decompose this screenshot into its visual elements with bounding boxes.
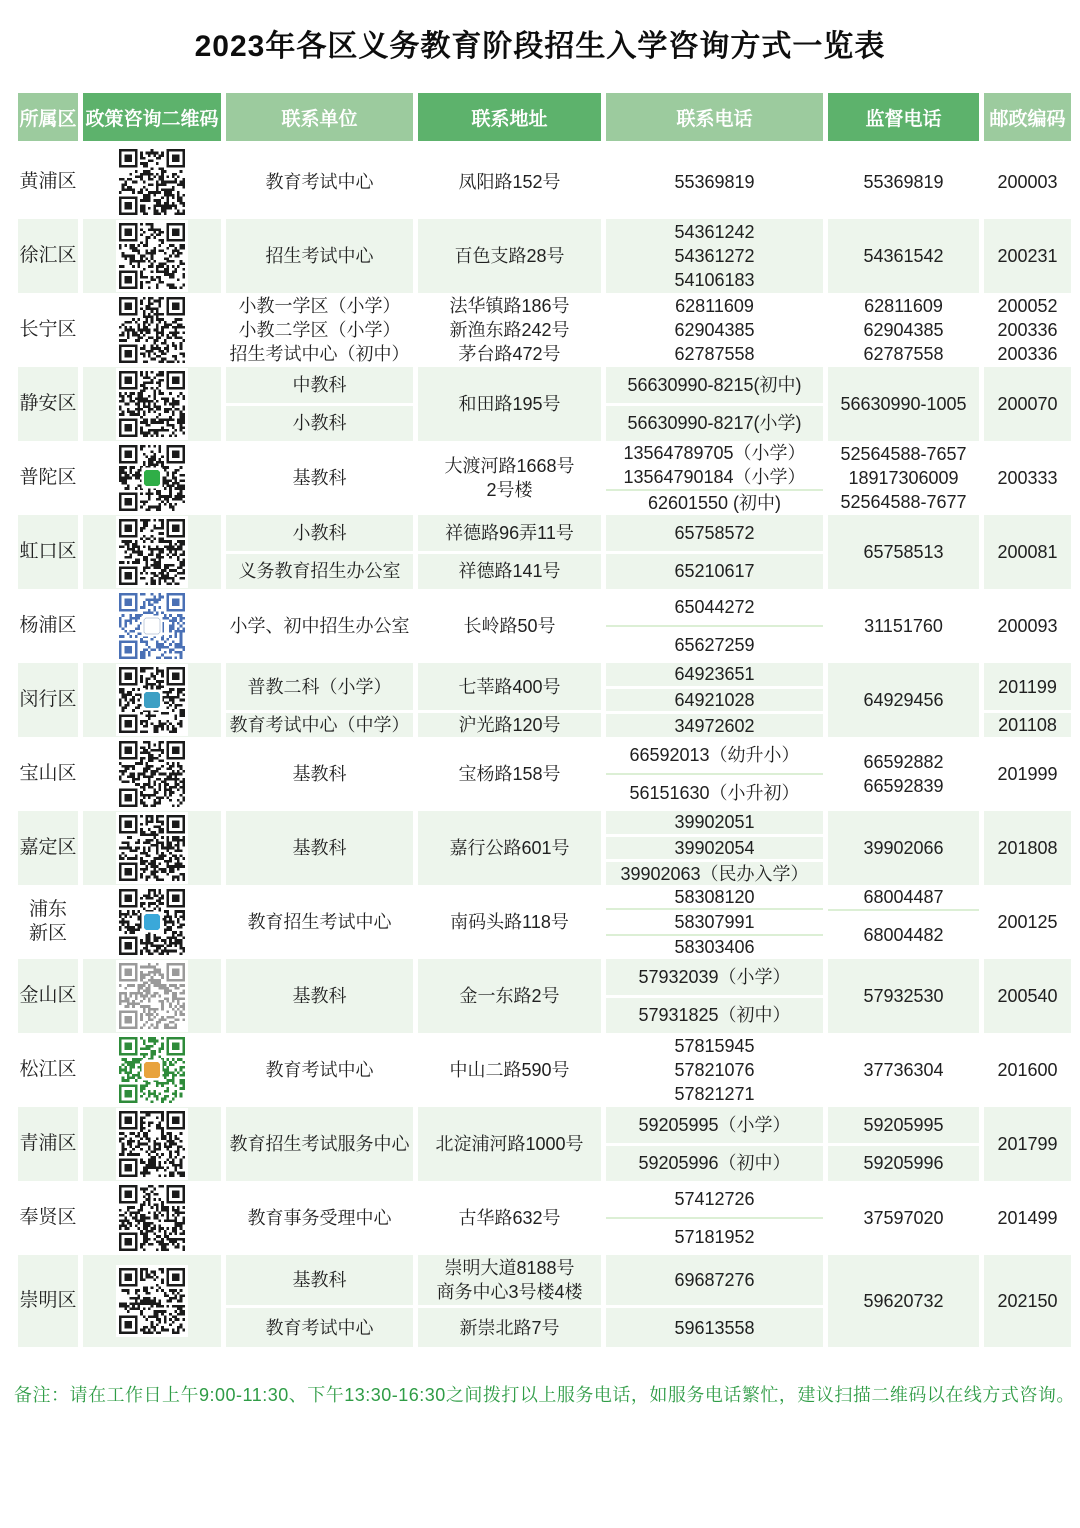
qr-code [116, 146, 188, 218]
cell-phone: 66592013（幼升小）56151630（小升初） [606, 737, 823, 811]
cell-postal: 201799 [984, 1107, 1071, 1181]
column-header-supervision: 监督电话 [828, 93, 979, 141]
qr-cell [83, 589, 221, 663]
cell-segment: 57412726 [606, 1181, 823, 1217]
table-row: 金山区基教科金一东路2号57932039（小学）57931825（初中）5793… [18, 959, 1080, 1033]
cell-phone: 399020513990205439902063（民办入学） [606, 811, 823, 885]
cell-segment: 65758513 [828, 515, 979, 589]
cell-address: 金一东路2号 [418, 959, 601, 1033]
district-name: 奉贤区 [18, 1181, 78, 1255]
cell-phone: 56630990-8215(初中)56630990-8217(小学) [606, 367, 823, 441]
district-name: 虹口区 [18, 515, 78, 589]
cell-phone: 6968727659613558 [606, 1255, 823, 1347]
cell-segment: 202150 [984, 1255, 1071, 1347]
table-row: 黄浦区教育考试中心凤阳路152号5536981955369819200003 [18, 145, 1080, 219]
cell-segment: 628116096290438562787558 [828, 293, 979, 367]
cell-segment: 崇明大道8188号商务中心3号楼4楼 [418, 1255, 601, 1305]
cell-segment: 基教科 [226, 811, 413, 885]
cell-segment: 和田路195号 [418, 367, 601, 441]
qr-cell [83, 441, 221, 515]
district-name: 浦东新区 [18, 885, 78, 959]
cell-segment: 凤阳路152号 [418, 145, 601, 219]
qr-code [116, 960, 188, 1032]
district-name: 黄浦区 [18, 145, 78, 219]
table-row: 虹口区小教科义务教育招生办公室祥德路96弄11号祥德路141号657585726… [18, 515, 1080, 589]
cell-segment: 65758572 [606, 515, 823, 551]
cell-segment: 200231 [984, 219, 1071, 293]
qr-cell [83, 959, 221, 1033]
cell-supervision: 59620732 [828, 1255, 979, 1347]
cell-segment: 教育招生考试中心 [226, 885, 413, 959]
district-name: 嘉定区 [18, 811, 78, 885]
cell-segment: 58307991 [606, 908, 823, 933]
cell-postal: 200231 [984, 219, 1071, 293]
cell-segment: 普教二科（小学） [226, 663, 413, 710]
cell-supervision: 39902066 [828, 811, 979, 885]
qr-code [116, 738, 188, 810]
cell-supervision: 5920599559205996 [828, 1107, 979, 1181]
qr-code [116, 812, 188, 884]
cell-segment: 56630990-8215(初中) [606, 367, 823, 403]
cell-segment: 6659288266592839 [828, 737, 979, 811]
cell-segment: 201600 [984, 1033, 1071, 1107]
cell-segment: 教育考试中心 [226, 145, 413, 219]
page: 2023年各区义务教育阶段招生入学咨询方式一览表 所属区 政策咨询二维码 联系单… [0, 0, 1080, 1528]
table-row: 崇明区基教科教育考试中心崇明大道8188号商务中心3号楼4楼新崇北路7号6968… [18, 1255, 1080, 1347]
cell-segment: 嘉行公路601号 [418, 811, 601, 885]
cell-unit: 小教科义务教育招生办公室 [226, 515, 413, 589]
cell-segment: 200093 [984, 589, 1071, 663]
cell-supervision: 37736304 [828, 1033, 979, 1107]
table-row: 徐汇区招生考试中心百色支路28号543612425436127254106183… [18, 219, 1080, 293]
cell-postal: 200052200336200336 [984, 293, 1071, 367]
qr-cell [83, 811, 221, 885]
qr-code [116, 368, 188, 440]
cell-segment: 68004482 [828, 909, 979, 959]
cell-segment: 37736304 [828, 1033, 979, 1107]
cell-address: 凤阳路152号 [418, 145, 601, 219]
cell-unit: 小教一学区（小学）小教二学区（小学）招生考试中心（初中） [226, 293, 413, 367]
table-row: 青浦区教育招生考试服务中心北淀浦河路1000号59205995（小学）59205… [18, 1107, 1080, 1181]
cell-segment: 59620732 [828, 1255, 979, 1347]
cell-segment: 13564789705（小学）13564790184（小学） [606, 441, 823, 489]
cell-segment: 百色支路28号 [418, 219, 601, 293]
cell-segment: 七莘路400号 [418, 663, 601, 710]
cell-segment: 义务教育招生办公室 [226, 551, 413, 590]
cell-supervision: 55369819 [828, 145, 979, 219]
cell-segment: 62601550 (初中) [606, 489, 823, 515]
cell-segment: 祥德路141号 [418, 551, 601, 590]
district-name: 金山区 [18, 959, 78, 1033]
cell-supervision: 6800448768004482 [828, 885, 979, 959]
cell-segment: 39902054 [606, 834, 823, 860]
cell-segment: 201799 [984, 1107, 1071, 1181]
cell-phone: 5741272657181952 [606, 1181, 823, 1255]
cell-segment: 基教科 [226, 1255, 413, 1305]
cell-segment: 59205996 [828, 1143, 979, 1182]
qr-code [116, 1034, 188, 1106]
cell-segment: 教育考试中心（中学） [226, 710, 413, 737]
qr-cell [83, 515, 221, 589]
cell-phone: 57932039（小学）57931825（初中） [606, 959, 823, 1033]
cell-phone: 59205995（小学）59205996（初中） [606, 1107, 823, 1181]
cell-phone: 583081205830799158303406 [606, 885, 823, 959]
cell-segment: 教育考试中心 [226, 1305, 413, 1347]
cell-address: 南码头路118号 [418, 885, 601, 959]
cell-address: 七莘路400号沪光路120号 [418, 663, 601, 737]
cell-segment: 宝杨路158号 [418, 737, 601, 811]
cell-postal: 200003 [984, 145, 1071, 219]
footnote: 备注：请在工作日上午9:00-11:30、下午13:30-16:30之间拨打以上… [14, 1383, 1080, 1407]
cell-segment: 教育事务受理中心 [226, 1181, 413, 1255]
cell-unit: 招生考试中心 [226, 219, 413, 293]
column-header-postal: 邮政编码 [984, 93, 1071, 141]
cell-segment: 沪光路120号 [418, 710, 601, 737]
cell-segment: 54361542 [828, 219, 979, 293]
cell-address: 宝杨路158号 [418, 737, 601, 811]
district-name: 闵行区 [18, 663, 78, 737]
cell-segment: 56630990-1005 [828, 367, 979, 441]
cell-segment: 65627259 [606, 625, 823, 663]
cell-segment: 祥德路96弄11号 [418, 515, 601, 551]
cell-postal: 200540 [984, 959, 1071, 1033]
column-header-phone: 联系电话 [606, 93, 823, 141]
cell-segment: 39902051 [606, 811, 823, 834]
cell-unit: 普教二科（小学）教育考试中心（中学） [226, 663, 413, 737]
cell-segment: 68004487 [828, 885, 979, 909]
cell-segment: 小学、初中招生办公室 [226, 589, 413, 663]
cell-segment: 57181952 [606, 1217, 823, 1255]
cell-segment: 628116096290438562787558 [606, 293, 823, 367]
qr-code [116, 886, 188, 958]
cell-segment: 31151760 [828, 589, 979, 663]
district-name: 长宁区 [18, 293, 78, 367]
cell-segment: 南码头路118号 [418, 885, 601, 959]
table-header-row: 所属区 政策咨询二维码 联系单位 联系地址 联系电话 监督电话 邮政编码 [18, 93, 1080, 141]
cell-phone: 55369819 [606, 145, 823, 219]
cell-address: 古华路632号 [418, 1181, 601, 1255]
cell-segment: 200125 [984, 885, 1071, 959]
table-row: 长宁区小教一学区（小学）小教二学区（小学）招生考试中心（初中）法华镇路186号新… [18, 293, 1080, 367]
cell-supervision: 56630990-1005 [828, 367, 979, 441]
cell-segment: 37597020 [828, 1181, 979, 1255]
cell-unit: 基教科 [226, 441, 413, 515]
cell-supervision: 628116096290438562787558 [828, 293, 979, 367]
cell-segment: 59205996（初中） [606, 1143, 823, 1182]
cell-segment: 58308120 [606, 885, 823, 908]
cell-postal: 200125 [984, 885, 1071, 959]
cell-segment: 57931825（初中） [606, 995, 823, 1034]
cell-phone: 13564789705（小学）13564790184（小学）62601550 (… [606, 441, 823, 515]
cell-segment: 59613558 [606, 1305, 823, 1347]
qr-cell [83, 1255, 221, 1347]
cell-supervision: 57932530 [828, 959, 979, 1033]
cell-segment: 57932039（小学） [606, 959, 823, 995]
cell-segment: 59205995 [828, 1107, 979, 1143]
table-row: 浦东新区教育招生考试中心南码头路118号58308120583079915830… [18, 885, 1080, 959]
table-row: 静安区中教科小教科和田路195号56630990-8215(初中)5663099… [18, 367, 1080, 441]
cell-unit: 教育考试中心 [226, 1033, 413, 1107]
cell-segment: 578159455782107657821271 [606, 1033, 823, 1107]
district-name: 崇明区 [18, 1255, 78, 1347]
qr-code [116, 1182, 188, 1254]
cell-supervision: 52564588-76571891730600952564588-7677 [828, 441, 979, 515]
cell-segment: 基教科 [226, 737, 413, 811]
table-row: 宝山区基教科宝杨路158号66592013（幼升小）56151630（小升初）6… [18, 737, 1080, 811]
cell-phone: 6504427265627259 [606, 589, 823, 663]
cell-supervision: 64929456 [828, 663, 979, 737]
cell-segment: 小教科 [226, 515, 413, 551]
cell-unit: 基教科教育考试中心 [226, 1255, 413, 1347]
qr-code [116, 664, 188, 736]
cell-segment: 543612425436127254106183 [606, 219, 823, 293]
cell-segment: 201999 [984, 737, 1071, 811]
qr-cell [83, 885, 221, 959]
cell-segment: 56630990-8217(小学) [606, 403, 823, 442]
cell-segment: 201499 [984, 1181, 1071, 1255]
cell-segment: 新崇北路7号 [418, 1305, 601, 1347]
cell-segment: 201808 [984, 811, 1071, 885]
qr-code [116, 1108, 188, 1180]
district-name: 徐汇区 [18, 219, 78, 293]
cell-address: 百色支路28号 [418, 219, 601, 293]
cell-segment: 69687276 [606, 1255, 823, 1305]
cell-unit: 小学、初中招生办公室 [226, 589, 413, 663]
cell-segment: 中山二路590号 [418, 1033, 601, 1107]
cell-unit: 基教科 [226, 811, 413, 885]
cell-address: 嘉行公路601号 [418, 811, 601, 885]
cell-segment: 200540 [984, 959, 1071, 1033]
cell-segment: 52564588-76571891730600952564588-7677 [828, 441, 979, 515]
consultation-table: 所属区 政策咨询二维码 联系单位 联系地址 联系电话 监督电话 邮政编码 黄浦区… [0, 93, 1080, 1347]
cell-postal: 201499 [984, 1181, 1071, 1255]
page-title: 2023年各区义务教育阶段招生入学咨询方式一览表 [0, 0, 1080, 66]
cell-segment: 64929456 [828, 663, 979, 737]
cell-segment: 基教科 [226, 959, 413, 1033]
cell-segment: 200003 [984, 145, 1071, 219]
district-name: 青浦区 [18, 1107, 78, 1181]
column-header-qr: 政策咨询二维码 [83, 93, 221, 141]
cell-segment: 55369819 [828, 145, 979, 219]
qr-cell [83, 367, 221, 441]
column-header-unit: 联系单位 [226, 93, 413, 141]
cell-unit: 基教科 [226, 959, 413, 1033]
cell-unit: 教育招生考试服务中心 [226, 1107, 413, 1181]
cell-segment: 200070 [984, 367, 1071, 441]
qr-code [116, 442, 188, 514]
cell-segment: 201108 [984, 710, 1071, 737]
cell-phone: 543612425436127254106183 [606, 219, 823, 293]
cell-supervision: 6659288266592839 [828, 737, 979, 811]
cell-segment: 招生考试中心 [226, 219, 413, 293]
cell-segment: 小教科 [226, 403, 413, 442]
qr-code [116, 220, 188, 292]
cell-address: 崇明大道8188号商务中心3号楼4楼新崇北路7号 [418, 1255, 601, 1347]
table-row: 松江区教育考试中心中山二路590号57815945578210765782127… [18, 1033, 1080, 1107]
cell-phone: 649236516492102834972602 [606, 663, 823, 737]
qr-cell [83, 1107, 221, 1181]
column-header-district: 所属区 [18, 93, 78, 141]
cell-address: 和田路195号 [418, 367, 601, 441]
cell-unit: 教育事务受理中心 [226, 1181, 413, 1255]
cell-supervision: 54361542 [828, 219, 979, 293]
cell-segment: 古华路632号 [418, 1181, 601, 1255]
cell-unit: 教育招生考试中心 [226, 885, 413, 959]
cell-segment: 58303406 [606, 934, 823, 959]
cell-phone: 628116096290438562787558 [606, 293, 823, 367]
table-body: 黄浦区教育考试中心凤阳路152号5536981955369819200003徐汇… [0, 145, 1080, 1347]
district-name: 宝山区 [18, 737, 78, 811]
cell-segment: 北淀浦河路1000号 [418, 1107, 601, 1181]
cell-segment: 201199 [984, 663, 1071, 710]
qr-code [116, 1265, 188, 1337]
cell-segment: 教育招生考试服务中心 [226, 1107, 413, 1181]
cell-segment: 长岭路50号 [418, 589, 601, 663]
cell-segment: 200081 [984, 515, 1071, 589]
qr-cell [83, 1033, 221, 1107]
cell-segment: 65044272 [606, 589, 823, 625]
cell-postal: 201600 [984, 1033, 1071, 1107]
cell-segment: 中教科 [226, 367, 413, 403]
cell-segment: 小教一学区（小学）小教二学区（小学）招生考试中心（初中） [226, 293, 413, 367]
column-header-address: 联系地址 [418, 93, 601, 141]
table-row: 奉贤区教育事务受理中心古华路632号5741272657181952375970… [18, 1181, 1080, 1255]
cell-address: 长岭路50号 [418, 589, 601, 663]
cell-segment: 教育考试中心 [226, 1033, 413, 1107]
cell-segment: 基教科 [226, 441, 413, 515]
cell-unit: 教育考试中心 [226, 145, 413, 219]
district-name: 普陀区 [18, 441, 78, 515]
cell-phone: 6575857265210617 [606, 515, 823, 589]
qr-code [116, 590, 188, 662]
qr-cell [83, 293, 221, 367]
cell-address: 中山二路590号 [418, 1033, 601, 1107]
cell-segment: 39902063（民办入学） [606, 859, 823, 885]
qr-cell [83, 145, 221, 219]
cell-address: 法华镇路186号新渔东路242号茅台路472号 [418, 293, 601, 367]
cell-segment: 法华镇路186号新渔东路242号茅台路472号 [418, 293, 601, 367]
qr-code [116, 516, 188, 588]
cell-postal: 202150 [984, 1255, 1071, 1347]
district-name: 松江区 [18, 1033, 78, 1107]
cell-unit: 基教科 [226, 737, 413, 811]
cell-segment: 39902066 [828, 811, 979, 885]
cell-segment: 64923651 [606, 663, 823, 686]
district-name: 静安区 [18, 367, 78, 441]
cell-segment: 55369819 [606, 145, 823, 219]
qr-cell [83, 737, 221, 811]
cell-address: 北淀浦河路1000号 [418, 1107, 601, 1181]
cell-segment: 56151630（小升初） [606, 773, 823, 811]
table-row: 普陀区基教科大渡河路1668号2号楼13564789705（小学）1356479… [18, 441, 1080, 515]
district-name: 杨浦区 [18, 589, 78, 663]
cell-postal: 200081 [984, 515, 1071, 589]
cell-postal: 201999 [984, 737, 1071, 811]
cell-postal: 200070 [984, 367, 1071, 441]
table-row: 杨浦区小学、初中招生办公室长岭路50号650442726562725931151… [18, 589, 1080, 663]
cell-postal: 200093 [984, 589, 1071, 663]
cell-postal: 201199201108 [984, 663, 1071, 737]
table-row: 闵行区普教二科（小学）教育考试中心（中学）七莘路400号沪光路120号64923… [18, 663, 1080, 737]
cell-segment: 200052200336200336 [984, 293, 1071, 367]
cell-segment: 金一东路2号 [418, 959, 601, 1033]
cell-segment: 大渡河路1668号2号楼 [418, 441, 601, 515]
cell-segment: 200333 [984, 441, 1071, 515]
cell-segment: 66592013（幼升小） [606, 737, 823, 773]
cell-unit: 中教科小教科 [226, 367, 413, 441]
qr-cell [83, 219, 221, 293]
cell-postal: 200333 [984, 441, 1071, 515]
cell-postal: 201808 [984, 811, 1071, 885]
cell-address: 祥德路96弄11号祥德路141号 [418, 515, 601, 589]
qr-code [116, 294, 188, 366]
cell-segment: 59205995（小学） [606, 1107, 823, 1143]
table-row: 嘉定区基教科嘉行公路601号399020513990205439902063（民… [18, 811, 1080, 885]
qr-cell [83, 663, 221, 737]
cell-supervision: 31151760 [828, 589, 979, 663]
cell-supervision: 65758513 [828, 515, 979, 589]
cell-segment: 64921028 [606, 686, 823, 712]
cell-address: 大渡河路1668号2号楼 [418, 441, 601, 515]
cell-supervision: 37597020 [828, 1181, 979, 1255]
cell-segment: 34972602 [606, 711, 823, 737]
cell-phone: 578159455782107657821271 [606, 1033, 823, 1107]
cell-segment: 57932530 [828, 959, 979, 1033]
qr-cell [83, 1181, 221, 1255]
cell-segment: 65210617 [606, 551, 823, 590]
